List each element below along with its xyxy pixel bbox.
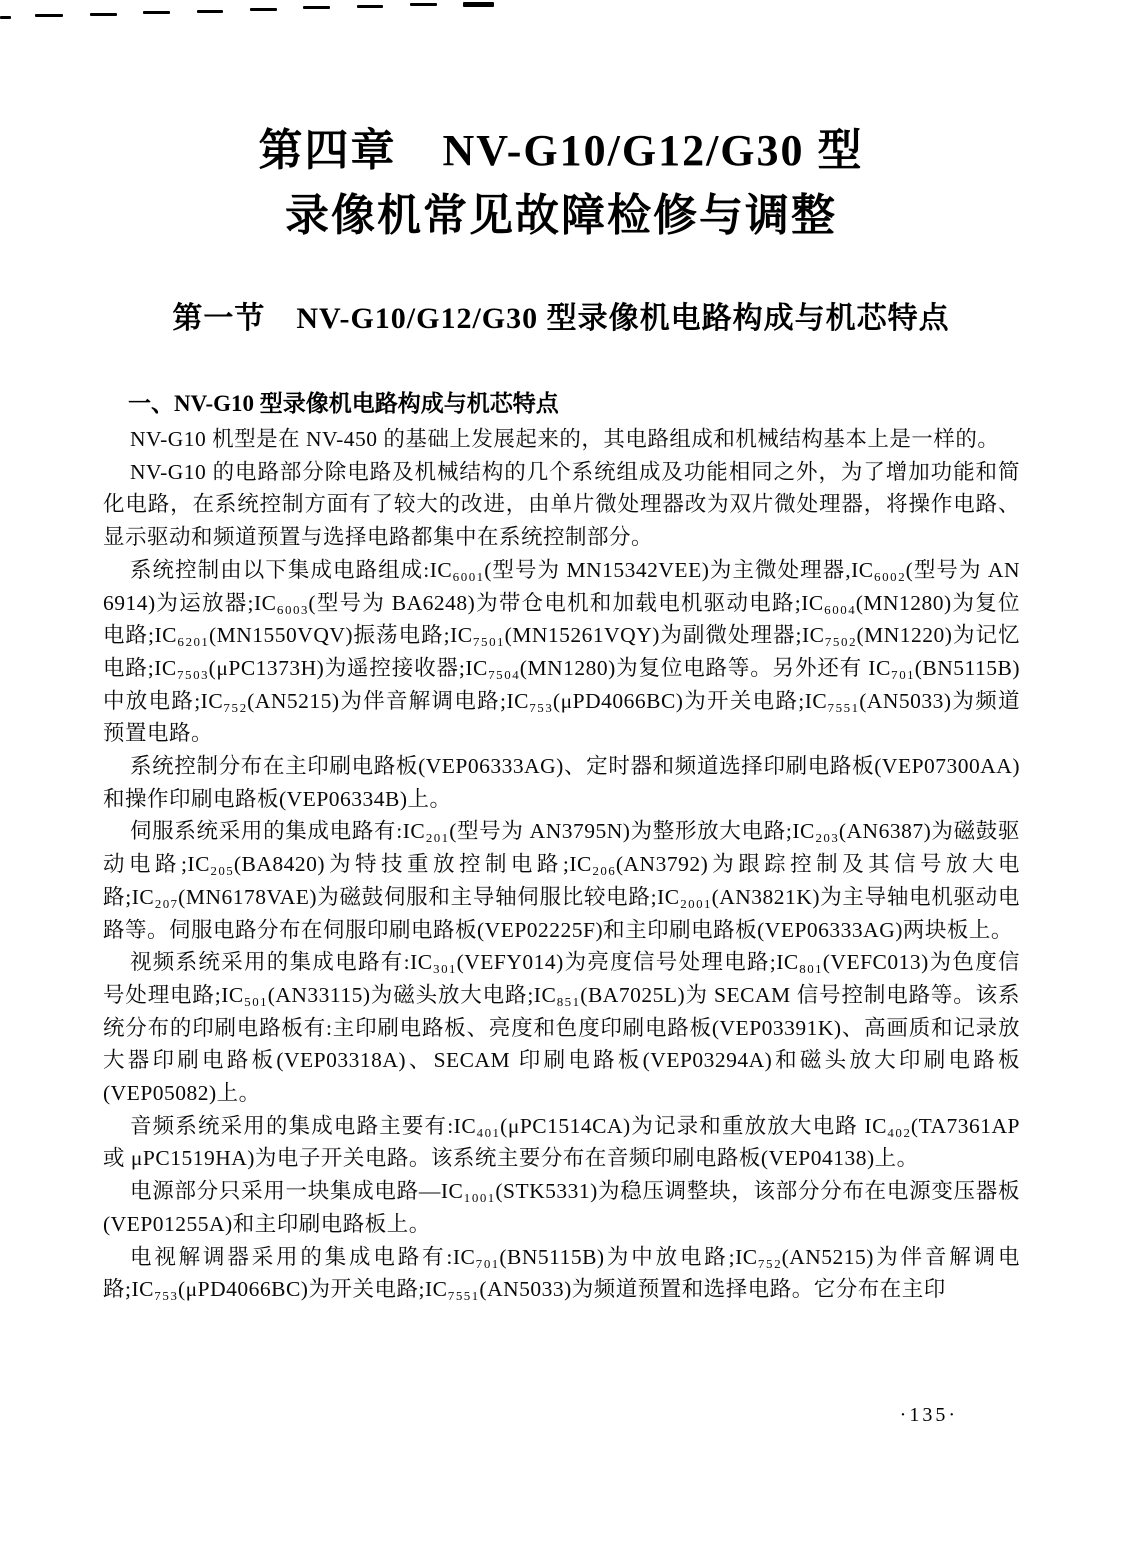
page-number: ·135· — [900, 1404, 958, 1427]
paragraph: 视频系统采用的集成电路有:IC₃₀₁(VEFY014)为亮度信号处理电路;IC₈… — [103, 946, 1020, 1110]
scan-dash — [0, 16, 11, 19]
paragraph: 音频系统采用的集成电路主要有:IC₄₀₁(μPC1514CA)为记录和重放放大电… — [103, 1110, 1020, 1175]
chapter-title-line1: 第四章 NV-G10/G12/G30 型 — [0, 118, 1122, 183]
scanned-book-page: { "doc": { "chapter_title_line1": "第四章 N… — [0, 0, 1122, 1568]
paragraph: 电视解调器采用的集成电路有:IC₇₀₁(BN5115B)为中放电路;IC₇₅₂(… — [103, 1241, 1020, 1306]
paragraph: 电源部分只采用一块集成电路—IC₁₀₀₁(STK5331)为稳压调整块，该部分分… — [103, 1175, 1020, 1240]
subsection-title: 一、NV-G10 型录像机电路构成与机芯特点 — [128, 385, 559, 418]
scan-dash — [357, 5, 383, 8]
paragraph: NV-G10 机型是在 NV-450 的基础上发展起来的，其电路组成和机械结构基… — [103, 423, 1020, 456]
scan-dash — [90, 13, 117, 16]
chapter-title-line2: 录像机常见故障检修与调整 — [0, 183, 1122, 248]
scan-dash — [410, 3, 437, 6]
scan-dash — [197, 10, 223, 13]
scan-dash — [250, 8, 277, 11]
section-title: 第一节 NV-G10/G12/G30 型录像机电路构成与机芯特点 — [0, 293, 1122, 337]
chapter-title: 第四章 NV-G10/G12/G30 型 录像机常见故障检修与调整 — [0, 118, 1122, 248]
scan-dash — [303, 6, 330, 9]
scan-dash — [463, 2, 494, 7]
body-text: NV-G10 机型是在 NV-450 的基础上发展起来的，其电路组成和机械结构基… — [103, 423, 1020, 1306]
paragraph: 系统控制分布在主印刷电路板(VEP06333AG)、定时器和频道选择印刷电路板(… — [103, 750, 1020, 815]
paragraph: NV-G10 的电路部分除电路及机械结构的几个系统组成及功能相同之外，为了增加功… — [103, 456, 1020, 554]
paragraph: 系统控制由以下集成电路组成:IC₆₀₀₁(型号为 MN15342VEE)为主微处… — [103, 554, 1020, 750]
scan-dash — [35, 14, 63, 17]
scan-dash — [143, 11, 170, 14]
paragraph: 伺服系统采用的集成电路有:IC₂₀₁(型号为 AN3795N)为整形放大电路;I… — [103, 815, 1020, 946]
